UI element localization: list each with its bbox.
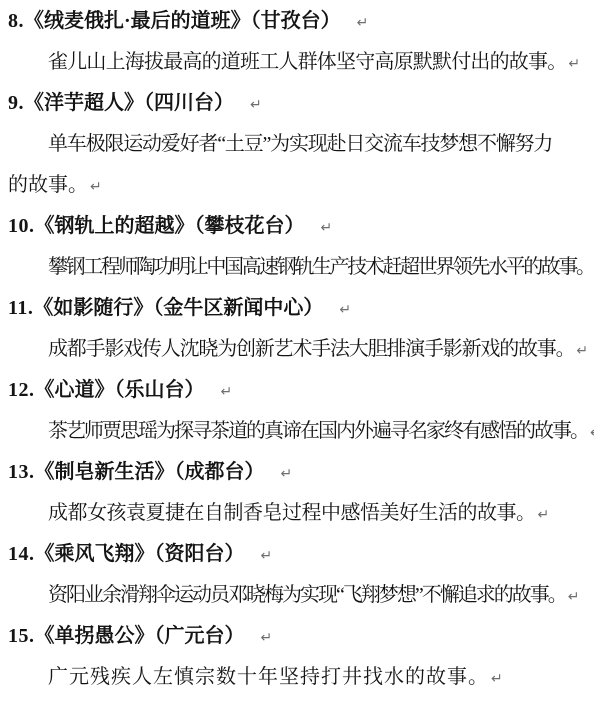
item-heading: 11.《如影随行》（金牛区新闻中心）↵ <box>8 288 594 329</box>
pilcrow-mark-icon: ↵ <box>321 220 333 236</box>
description-text: 成都女孩袁夏捷在自制香皂过程中感悟美好生活的故事。 <box>48 502 536 524</box>
item-number: 12. <box>8 379 35 401</box>
item-number: 11. <box>8 297 33 319</box>
item-number: 8. <box>8 10 24 32</box>
pilcrow-mark-icon: ↵ <box>568 56 580 72</box>
description-text: 成都手影戏传人沈晓为创新艺术手法大胆排演手影新戏的故事。 <box>48 338 574 360</box>
pilcrow-mark-icon: ↵ <box>568 589 580 605</box>
description-text: 攀钢工程师陶功明让中国高速钢轨生产技术赶超世界领先水平的故事。 <box>48 256 594 278</box>
item-description-line: 单车极限运动爱好者“土豆”为实现赴日交流车技梦想不懈努力 <box>8 124 594 165</box>
item-heading: 14.《乘风飞翔》（资阳台）↵ <box>8 534 594 575</box>
item-description-line: 茶艺师贾思瑶为探寻茶道的真谛在国内外遍寻名家终有感悟的故事。↵ <box>8 411 594 452</box>
description-text: 茶艺师贾思瑶为探寻茶道的真谛在国内外遍寻名家终有感悟的故事。 <box>48 420 588 442</box>
item-title: 《如影随行》（金牛区新闻中心） <box>33 297 323 319</box>
item-heading: 13.《制皂新生活》（成都台）↵ <box>8 452 594 493</box>
pilcrow-mark-icon: ↵ <box>281 466 293 482</box>
item-title: 《乘风飞翔》（资阳台） <box>35 543 245 565</box>
item-number: 10. <box>8 215 35 237</box>
item-description-line: 雀儿山上海拔最高的道班工人群体坚守高原默默付出的故事。↵ <box>8 42 594 83</box>
item-number: 9. <box>8 92 24 114</box>
item-heading: 9.《洋芋超人》（四川台）↵ <box>8 83 594 124</box>
item-description-line: 资阳业余滑翔伞运动员邓晓梅为实现“飞翔梦想”不懈追求的故事。↵ <box>8 575 594 616</box>
item-title: 《绒麦俄扎·最后的道班》（甘孜台） <box>24 10 341 32</box>
pilcrow-mark-icon: ↵ <box>250 97 262 113</box>
item-heading: 15.《单拐愚公》（广元台）↵ <box>8 616 594 657</box>
item-description-line: 成都女孩袁夏捷在自制香皂过程中感悟美好生活的故事。↵ <box>8 493 594 534</box>
item-description-line: 成都手影戏传人沈晓为创新艺术手法大胆排演手影新戏的故事。↵ <box>8 329 594 370</box>
description-text: 广元残疾人左慎宗数十年坚持打井找水的故事。 <box>48 666 489 688</box>
item-title: 《单拐愚公》（广元台） <box>35 625 245 647</box>
description-text: 雀儿山上海拔最高的道班工人群体坚守高原默默付出的故事。 <box>48 51 566 73</box>
item-heading: 10.《钢轨上的超越》（攀枝花台）↵ <box>8 206 594 247</box>
pilcrow-mark-icon: ↵ <box>576 343 588 359</box>
description-text: 资阳业余滑翔伞运动员邓晓梅为实现“飞翔梦想”不懈追求的故事。 <box>48 584 566 606</box>
item-number: 13. <box>8 461 35 483</box>
item-description-line: 广元残疾人左慎宗数十年坚持打井找水的故事。↵ <box>8 657 594 698</box>
document-page: 8.《绒麦俄扎·最后的道班》（甘孜台）↵ 雀儿山上海拔最高的道班工人群体坚守高原… <box>0 0 602 701</box>
pilcrow-mark-icon: ↵ <box>590 425 594 441</box>
pilcrow-mark-icon: ↵ <box>491 671 503 687</box>
item-title: 《制皂新生活》（成都台） <box>35 461 265 483</box>
pilcrow-mark-icon: ↵ <box>357 15 369 31</box>
pilcrow-mark-icon: ↵ <box>90 179 102 195</box>
item-description-line: 攀钢工程师陶功明让中国高速钢轨生产技术赶超世界领先水平的故事。↵ <box>8 247 594 288</box>
pilcrow-mark-icon: ↵ <box>261 630 273 646</box>
description-text: 单车极限运动爱好者“土豆”为实现赴日交流车技梦想不懈努力 <box>48 133 552 155</box>
item-heading: 8.《绒麦俄扎·最后的道班》（甘孜台）↵ <box>8 1 594 42</box>
item-number: 14. <box>8 543 35 565</box>
pilcrow-mark-icon: ↵ <box>221 384 233 400</box>
pilcrow-mark-icon: ↵ <box>339 302 351 318</box>
pilcrow-mark-icon: ↵ <box>261 548 273 564</box>
item-title: 《钢轨上的超越》（攀枝花台） <box>35 215 305 237</box>
item-description-line: 的故事。↵ <box>8 165 594 206</box>
item-heading: 12.《心道》（乐山台）↵ <box>8 370 594 411</box>
description-text: 的故事。 <box>8 174 88 196</box>
item-number: 15. <box>8 625 35 647</box>
pilcrow-mark-icon: ↵ <box>538 507 550 523</box>
item-title: 《心道》（乐山台） <box>35 379 205 401</box>
item-title: 《洋芋超人》（四川台） <box>24 92 234 114</box>
